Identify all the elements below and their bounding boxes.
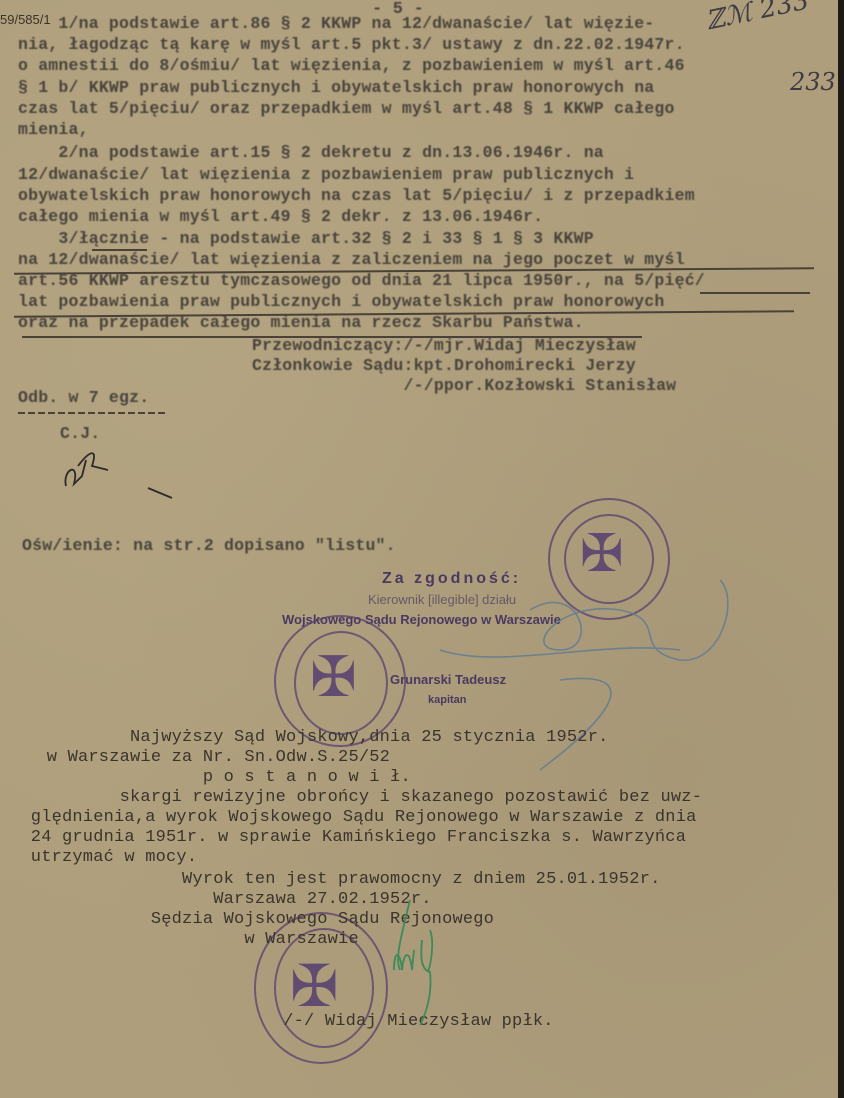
eagle-emblem-icon: ✠ [310,645,357,710]
court-member: /-/ppor.Kozłowski Stanisław [252,376,676,395]
court-chairman: Przewodniczący:/-/mjr.Widaj Mieczysław [252,336,636,355]
sentence-line: nia, łagodząc tą karę w myśl art.5 pkt.3… [18,35,685,54]
handwritten-top-right-number: ℤℳ 233 [703,0,812,37]
sentence-line: o amnestii do 8/ośmiu/ lat więzienia, z … [18,56,685,75]
sentence-line: § 1 b/ KKWP praw publicznych i obywatels… [18,78,654,97]
judge-signature-line: /-/ Widaj Mieczysław ppłk. [148,1012,554,1031]
handwritten-margin-number: 233 [790,68,836,96]
underline [700,292,810,294]
underline [18,412,168,414]
sentence-line: obywatelskich praw honorowych na czas la… [18,186,695,205]
green-ink-signature [370,900,480,1030]
ruling-line: w Warszawie za Nr. Sn.Odw.S.25/52 [26,748,390,767]
sentence-line: 2/na podstawie art.15 § 2 dekretu z dn.1… [18,143,604,162]
ruling-line: utrzymać w mocy. [10,848,197,867]
correction-note: Ośw/ienie: na str.2 dopisano "listu". [22,536,396,555]
ruling-line: Najwyższy Sąd Wojskowy,dnia 25 stycznia … [26,728,609,747]
scan-edge [838,0,844,1098]
ruling-line: ględnienia,a wyrok Wojskowego Sądu Rejon… [10,808,697,827]
copies-note: Odb. w 7 egz. [18,388,149,407]
eagle-emblem-icon: ✠ [580,524,624,584]
sentence-line: art.56 KKWP aresztu tymczasowego od dnia… [18,271,705,290]
court-member: Członkowie Sądu:kpt.Drohomirecki Jerzy [252,356,636,375]
ruling-line: w Warszawie [26,930,359,949]
ruling-line: skargi rewizyjne obrońcy i skazanego poz… [26,788,702,807]
blue-pencil-scribble [420,590,750,790]
ruling-line: 24 grudnia 1951r. w sprawie Kamińskiego … [10,828,686,847]
sentence-line: całego mienia w myśl art.49 § 2 dekr. z … [18,207,543,226]
handwritten-initials [60,440,180,510]
sentence-line: czas lat 5/pięciu/ oraz przepadkiem w my… [18,99,675,118]
sentence-line: lat pozbawienia praw publicznych i obywa… [18,292,665,311]
ruling-line: Wyrok ten jest prawomocny z dniem 25.01.… [26,870,661,889]
underline [92,249,147,251]
sentence-line: 3/łącznie - na podstawie art.32 § 2 i 33… [18,229,594,248]
sentence-line: mienia, [18,120,89,139]
certification-title: Za zgodność: [382,570,521,588]
eagle-emblem-icon: ✠ [290,952,339,1020]
sentence-line: 12/dwanaście/ lat więzienia z pozbawieni… [18,165,634,184]
sentence-line: na 12/dwanaście/ lat więzienia z zalicze… [18,250,685,269]
ruling-heading: p o s t a n o w i ł. [26,768,411,787]
sentence-line: 1/na podstawie art.86 § 2 KKWP na 12/dwa… [18,14,654,33]
